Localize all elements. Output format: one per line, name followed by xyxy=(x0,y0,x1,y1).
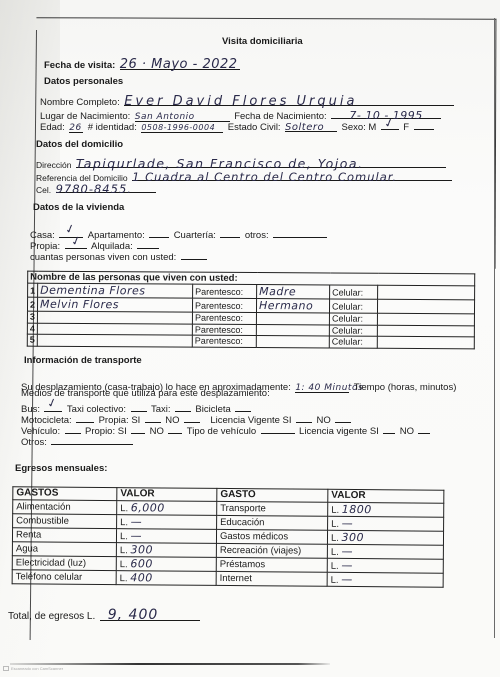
sex-label: Sexo: M xyxy=(341,122,376,133)
vehiculo-licencia-no-label: NO xyxy=(400,426,414,437)
celular-cell[interactable] xyxy=(378,285,475,300)
commute-value[interactable]: 1: 40 Minutos xyxy=(295,383,349,393)
row-number: 3 xyxy=(27,311,37,323)
expense-value: 1800 xyxy=(342,502,372,515)
expense-value-cell[interactable]: L. 600 xyxy=(116,556,216,571)
valor-header: VALOR xyxy=(328,489,444,503)
expense-item: Electricidad (luz) xyxy=(12,555,116,570)
civil-status-value[interactable]: Soltero xyxy=(285,122,337,132)
visit-date-row: Fecha de visita: 26 · Mayo - 2022 xyxy=(44,55,240,73)
expense-value: 400 xyxy=(130,571,153,584)
expense-item: Agua xyxy=(12,541,116,556)
cel-row: Cel. 9780-8455. xyxy=(36,180,156,198)
vehiculo-licencia-no-field[interactable] xyxy=(418,424,430,434)
expense-item: Transporte xyxy=(217,501,328,516)
sex-m-field[interactable]: ✓ xyxy=(381,120,399,130)
vehiculo-propio-no-label: NO xyxy=(150,426,164,437)
age-value[interactable]: 26 xyxy=(69,123,83,133)
expense-item: Recreación (viajes) xyxy=(216,543,327,558)
person-name-cell[interactable] xyxy=(37,323,192,335)
referencia-value[interactable]: 1 Cuadra al Centro del Centro Comular. xyxy=(132,170,452,181)
expense-value: 300 xyxy=(342,530,365,543)
direccion-value[interactable]: Tapiqurlade, San Francisco de, Yojoa. xyxy=(76,156,446,168)
medios-label: Medios de transporte que utiliza para es… xyxy=(21,388,270,399)
expense-value: — xyxy=(342,516,354,529)
parentesco-cell[interactable] xyxy=(256,336,329,348)
tipo-vehiculo-field[interactable] xyxy=(261,424,295,434)
expense-value-cell[interactable]: L. 300 xyxy=(327,530,443,545)
expense-value-cell[interactable]: L. 1800 xyxy=(328,502,444,517)
expense-item: Préstamos xyxy=(216,557,327,572)
cuantas-label: cuantas personas viven con usted: xyxy=(30,252,176,263)
parentesco-cell[interactable]: Madre xyxy=(257,285,330,299)
row-number: 2 xyxy=(27,297,37,311)
cuarteria-field[interactable] xyxy=(220,228,240,238)
total-value[interactable]: 9, 400 xyxy=(100,607,200,621)
otros-field[interactable] xyxy=(273,228,327,238)
currency-label: L. xyxy=(331,532,339,543)
expense-item: Combustible xyxy=(13,513,117,528)
housing-heading: Datos de la vivienda xyxy=(33,202,124,213)
currency-label: L. xyxy=(120,531,128,542)
cuarteria-label: Cuartería: xyxy=(174,230,216,241)
celular-cell[interactable] xyxy=(377,299,474,314)
celular-label: Celular: xyxy=(329,299,377,313)
currency-label: L. xyxy=(331,546,339,557)
otros-label: otros: xyxy=(245,230,269,241)
cuantas-row: cuantas personas viven con usted: xyxy=(30,247,207,265)
celular-cell[interactable] xyxy=(377,336,474,348)
currency-label: L. xyxy=(331,574,339,585)
visit-date-label: Fecha de visita: xyxy=(44,60,115,71)
currency-label: L. xyxy=(120,503,128,514)
form-frame-right-border xyxy=(494,18,495,638)
row-number: 1 xyxy=(28,283,38,297)
currency-label: L. xyxy=(120,545,128,556)
expense-item: Gastos médicos xyxy=(216,529,327,544)
parentesco-label: Parentesco: xyxy=(192,312,256,324)
celular-cell[interactable] xyxy=(377,313,474,325)
sex-f-label: F xyxy=(403,122,409,133)
transport-otros-label: Otros: xyxy=(21,437,47,448)
expense-value: 6,000 xyxy=(131,501,165,514)
person-name-cell[interactable]: Dementina Flores xyxy=(38,283,193,298)
transport-otros-row: Otros: xyxy=(21,432,133,450)
document-title: Visita domiciliaria xyxy=(222,36,303,47)
transport-otros-field[interactable] xyxy=(51,435,133,445)
gastos-header: GASTOS xyxy=(13,487,117,500)
personal-heading: Datos personales xyxy=(44,76,123,87)
parentesco-label: Parentesco: xyxy=(192,324,256,336)
celular-cell[interactable] xyxy=(377,325,474,337)
person-name-cell[interactable]: Melvin Flores xyxy=(38,297,193,312)
expense-value-cell[interactable]: L. — xyxy=(116,528,216,543)
row-number: 4 xyxy=(27,323,37,335)
scanned-page: Visita domiciliaria Fecha de visita: 26 … xyxy=(0,0,500,677)
gasto-header: GASTO xyxy=(217,488,328,501)
expense-value: — xyxy=(131,515,143,528)
cel-label: Cel. xyxy=(36,185,51,195)
expense-value: — xyxy=(341,572,353,585)
expense-item: Teléfono celular xyxy=(12,569,116,584)
expense-value-cell[interactable]: L. 400 xyxy=(116,570,216,585)
vehiculo-licencia-si-field[interactable] xyxy=(383,424,395,434)
expense-value-cell[interactable]: L. — xyxy=(327,558,443,573)
currency-label: L. xyxy=(331,560,339,571)
expense-item: Alimentación xyxy=(13,499,117,514)
currency-label: L. xyxy=(120,517,128,528)
id-label: # identidad: xyxy=(88,122,137,133)
person-name-cell[interactable] xyxy=(37,311,192,323)
celular-label: Celular: xyxy=(329,313,377,325)
expense-value: 300 xyxy=(130,543,153,556)
id-row: Edad: 26 # identidad: 0508-1996-0004 Est… xyxy=(40,117,434,135)
address-heading: Datos del domicilio xyxy=(36,139,123,150)
expense-value: 600 xyxy=(130,557,153,570)
id-value[interactable]: 0508-1996-0004 xyxy=(141,123,223,133)
scanner-watermark: Escaneado con CamScanner xyxy=(3,666,63,671)
row-number: 5 xyxy=(27,334,37,346)
expense-value: — xyxy=(341,558,353,571)
celular-label: Celular: xyxy=(329,324,377,336)
celular-label: Celular: xyxy=(329,336,377,348)
expenses-heading: Egresos mensuales: xyxy=(15,463,107,474)
full-name-value[interactable]: Ever David Flores Urquia xyxy=(124,94,454,106)
expense-item: Renta xyxy=(12,527,116,542)
valor-header: VALOR xyxy=(117,488,217,501)
table-row: Teléfono celular L. 400 Internet L. — xyxy=(12,569,443,586)
expense-value: — xyxy=(341,544,353,557)
age-label: Edad: xyxy=(40,122,65,133)
expense-value-cell[interactable]: L. 6,000 xyxy=(117,500,217,515)
parentesco-label: Parentesco: xyxy=(193,284,257,298)
parentesco-cell[interactable]: Hermano xyxy=(256,299,329,313)
transport-heading: Información de transporte xyxy=(24,355,142,366)
expense-value-cell[interactable]: L. — xyxy=(117,514,217,529)
currency-label: L. xyxy=(331,504,339,515)
table-row: 5 Parentesco: Celular: xyxy=(27,334,474,348)
parentesco-label: Parentesco: xyxy=(192,298,256,312)
parentesco-cell[interactable] xyxy=(256,324,329,336)
expense-value-cell[interactable]: L. — xyxy=(327,572,443,587)
expenses-table: GASTOS VALOR GASTO VALOR Alimentación L.… xyxy=(12,486,445,587)
currency-label: L. xyxy=(120,573,128,584)
celular-label: Celular: xyxy=(330,285,378,299)
commute-unit: Tiempo (horas, minutos) xyxy=(354,382,457,393)
total-row: Total, de egresos L. 9, 400 xyxy=(8,606,200,624)
parentesco-label: Parentesco: xyxy=(192,335,256,347)
cuantas-field[interactable] xyxy=(181,250,207,260)
person-name-cell[interactable] xyxy=(37,334,192,346)
expense-value-cell[interactable]: L. — xyxy=(328,516,444,531)
visit-date-value[interactable]: 26 · Mayo - 2022 xyxy=(120,57,240,70)
expense-value: — xyxy=(131,529,143,542)
form-frame-bottom-border xyxy=(10,663,330,665)
vehiculo-propio-no-field[interactable] xyxy=(168,424,182,434)
expense-item: Internet xyxy=(216,571,327,586)
people-table: Nombre de las personas que viven con ust… xyxy=(27,271,475,349)
sex-f-field[interactable] xyxy=(414,120,434,130)
currency-label: L. xyxy=(120,559,128,570)
expense-item: Educación xyxy=(217,515,328,530)
expense-value-cell[interactable]: L. — xyxy=(327,544,443,559)
cel-value[interactable]: 9780-8455. xyxy=(56,182,156,193)
currency-label: L. xyxy=(331,518,339,529)
expense-value-cell[interactable]: L. 300 xyxy=(116,542,216,557)
total-label: Total, de egresos L. xyxy=(8,611,95,622)
civil-status-label: Estado Civil: xyxy=(228,122,281,133)
vehiculo-licencia-si-label: Licencia vigente SI xyxy=(299,426,379,437)
camscanner-logo-icon xyxy=(3,666,9,671)
scanner-text: Escaneado con CamScanner xyxy=(11,666,63,671)
tipo-vehiculo-label: Tipo de vehículo xyxy=(187,426,256,437)
parentesco-cell[interactable] xyxy=(256,313,329,325)
checkmark-icon: ✓ xyxy=(382,115,395,131)
